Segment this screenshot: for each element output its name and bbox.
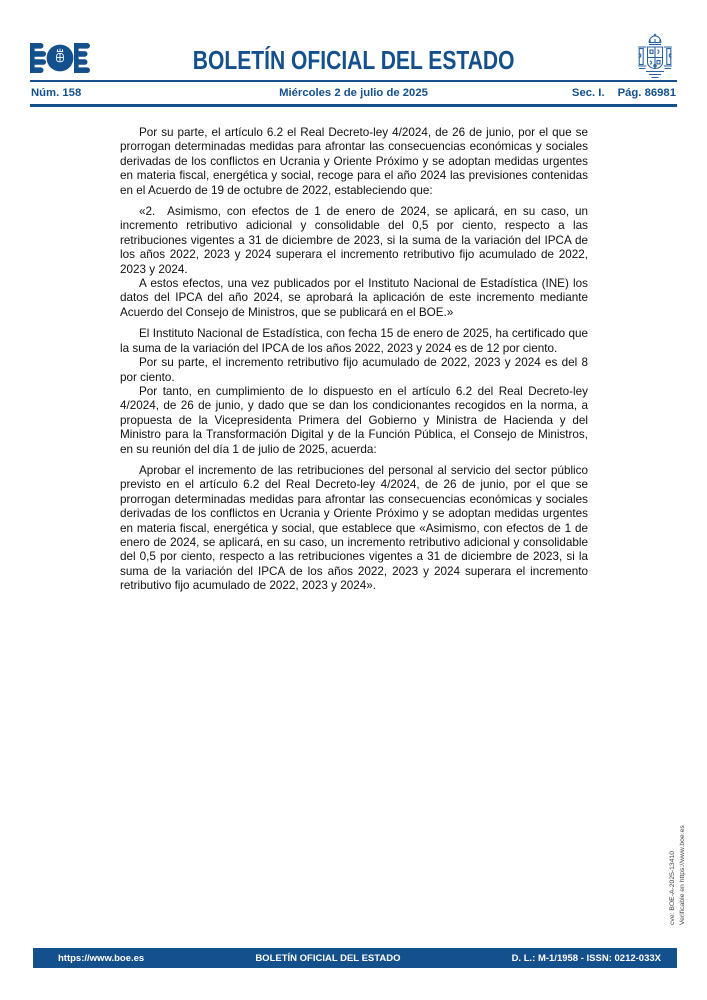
cve-code: cve: BOE-A-2025-13410	[668, 805, 678, 925]
paragraph: Aprobar el incremento de las retribucion…	[120, 464, 588, 594]
issue-meta-row: Núm. 158 Miércoles 2 de julio de 2025 Se…	[30, 85, 677, 102]
section-label: Sec. I.	[572, 87, 605, 99]
footer-title: BOLETÍN OFICIAL DEL ESTADO	[255, 953, 400, 964]
paragraph: El Instituto Nacional de Estadística, co…	[120, 327, 588, 356]
cve-verify-note: Verificable en https://www.boe.es	[678, 805, 688, 925]
page-number: Pág. 86981	[618, 87, 676, 99]
section-page: Sec. I.Pág. 86981	[572, 87, 676, 99]
cve-sidebar: cve: BOE-A-2025-13410 Verificable en htt…	[668, 805, 688, 925]
paragraph: Por su parte, el artículo 6.2 el Real De…	[120, 126, 588, 198]
header-divider-top	[30, 80, 677, 82]
header-divider-bottom	[30, 104, 677, 107]
paragraph: Por su parte, el incremento retributivo …	[120, 356, 588, 385]
footer-legal: D. L.: M-1/1958 - ISSN: 0212-033X	[512, 953, 661, 964]
paragraph: Por tanto, en cumplimiento de lo dispues…	[120, 385, 588, 457]
spain-coat-of-arms-icon	[637, 33, 673, 79]
footer-bar: https://www.boe.es BOLETÍN OFICIAL DEL E…	[33, 948, 677, 968]
paragraph-quote: A estos efectos, una vez publicados por …	[120, 277, 588, 320]
page-title: BOLETÍN OFICIAL DEL ESTADO	[0, 45, 707, 76]
footer-url: https://www.boe.es	[58, 953, 144, 964]
paragraph-quote: «2. Asimismo, con efectos de 1 de enero …	[120, 205, 588, 277]
boe-document-page: BOLETÍN OFICIAL DEL ESTADO	[0, 0, 707, 1000]
document-body: Por su parte, el artículo 6.2 el Real De…	[120, 126, 588, 594]
